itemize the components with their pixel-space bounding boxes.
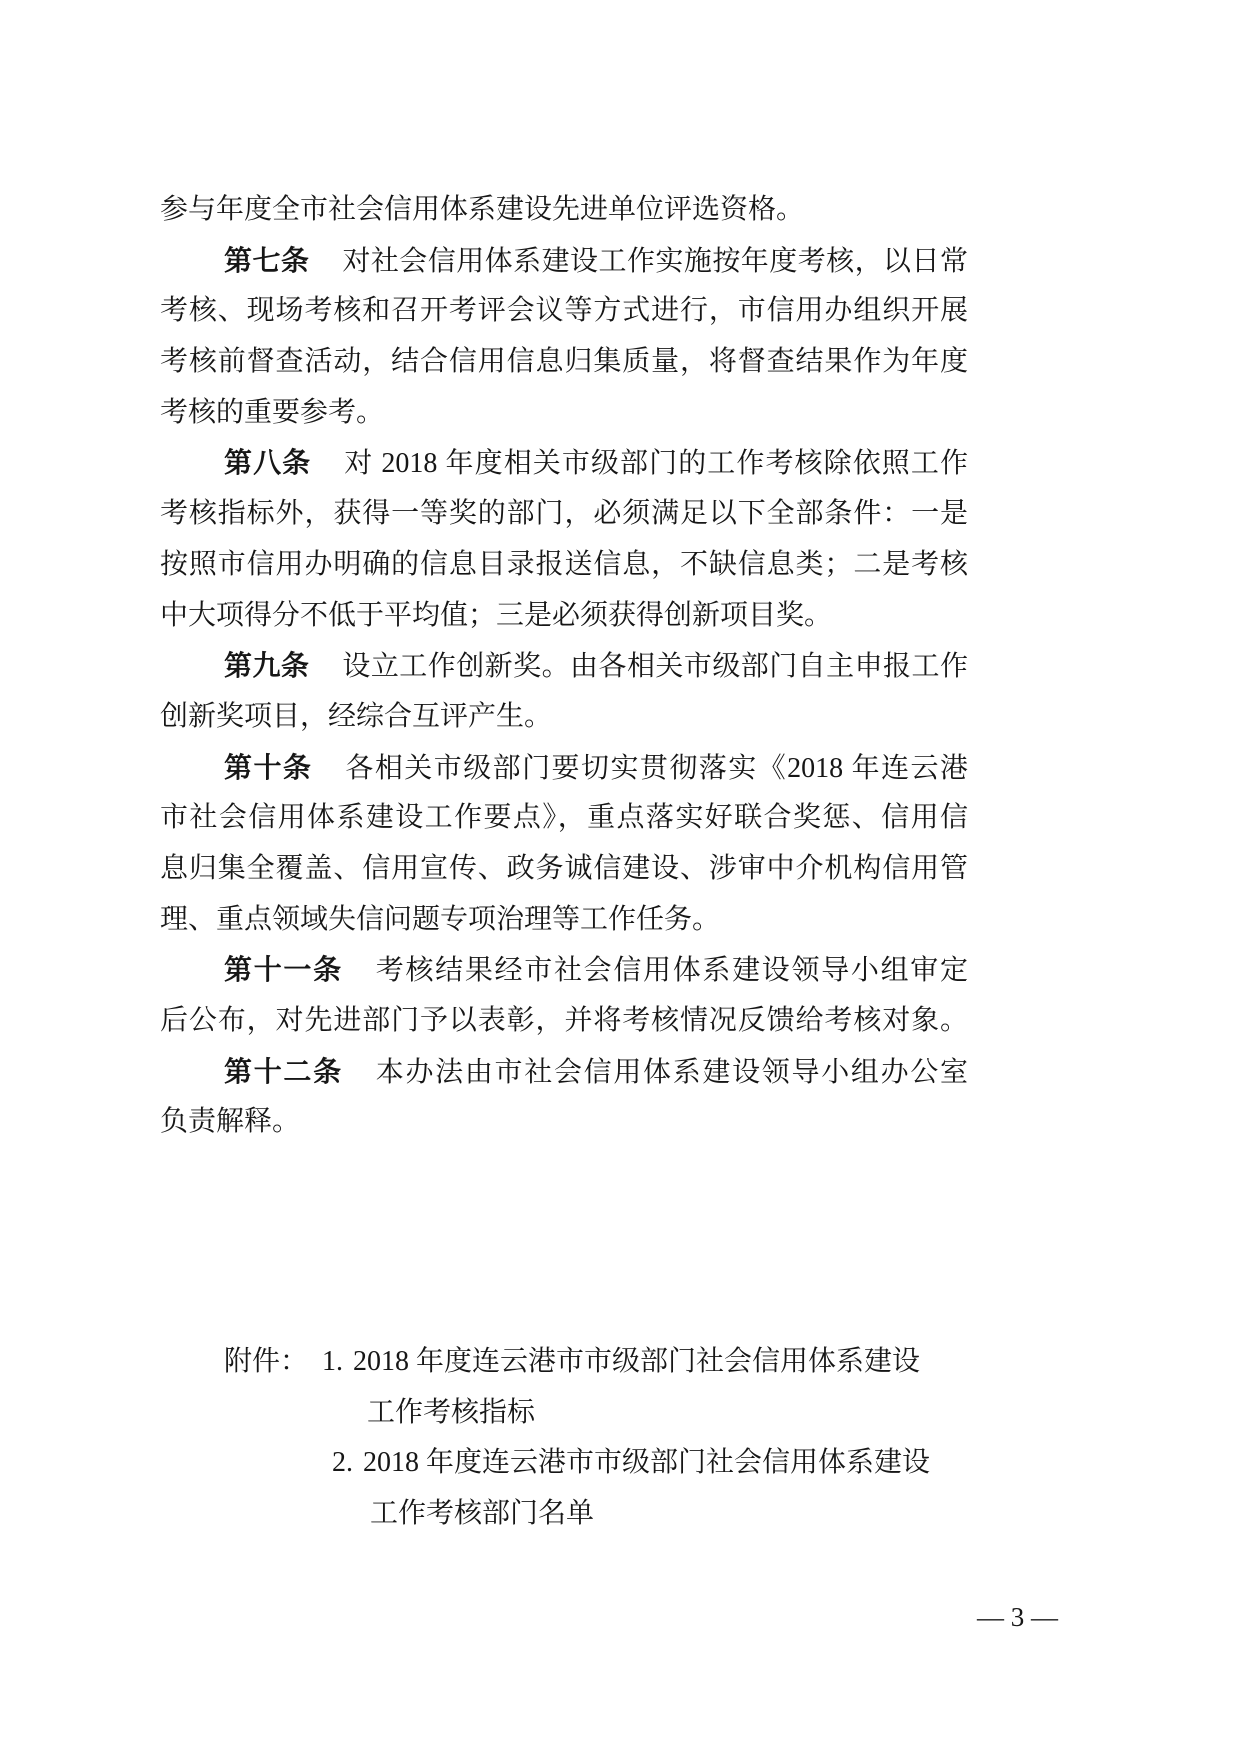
document-line: 息归集全覆盖、信用宣传、政务诚信建设、涉审中介机构信用管 [160,844,968,895]
line-text: 考核指标外，获得一等奖的部门，必须满足以下全部条件：一是 [160,498,968,529]
document-line: 考核、现场考核和召开考评会议等方式进行，市信用办组织开展 [160,286,968,337]
document-page: 参与年度全市社会信用体系建设先进单位评选资格。 第七条对社会信用体系建设工作实施… [0,0,1241,1754]
attachment-item-text: 工作考核部门名单 [370,1498,594,1529]
article-label: 第十一条 [224,954,343,985]
line-text: 考核的重要参考。 [160,397,384,428]
document-line: 第八条对 2018 年度相关市级部门的工作考核除依照工作 [160,438,968,489]
attachment-item-text: 2018 年度连云港市市级部门社会信用体系建设 [353,1346,920,1377]
line-text: 理、重点领域失信问题专项治理等工作任务。 [160,904,720,935]
line-text: 市社会信用体系建设工作要点》，重点落实好联合奖惩、信用信 [160,802,968,833]
document-line: 第十二条本办法由市社会信用体系建设领导小组办公室 [160,1047,968,1098]
document-line: 参与年度全市社会信用体系建设先进单位评选资格。 [160,185,968,236]
document-line: 考核指标外，获得一等奖的部门，必须满足以下全部条件：一是 [160,489,968,540]
document-line: 后公布，对先进部门予以表彰，并将考核情况反馈给考核对象。 [160,996,968,1047]
document-line: 创新奖项目，经综合互评产生。 [160,692,968,743]
page-number: — 3 — [955,1597,1080,1637]
line-text: 各相关市级部门要切实贯彻落实《2018 年连云港 [345,753,968,784]
line-text: 设立工作创新奖。由各相关市级部门自主申报工作 [342,651,968,682]
attachment-item-number: 1. [322,1346,343,1377]
attachment-item-number: 2. [332,1447,353,1478]
attachment-line: 附件：1.2018 年度连云港市市级部门社会信用体系建设 [160,1337,968,1388]
line-text: 考核前督查活动，结合信用信息归集质量，将督查结果作为年度 [160,346,968,377]
line-text: 按照市信用办明确的信息目录报送信息，不缺信息类；二是考核 [160,549,968,580]
document-line: 考核的重要参考。 [160,388,968,439]
line-text: 创新奖项目，经综合互评产生。 [160,701,552,732]
attachment-item-text: 工作考核指标 [367,1397,535,1428]
attachment-item-text: 2018 年度连云港市市级部门社会信用体系建设 [363,1447,930,1478]
attachments-block: 附件：1.2018 年度连云港市市级部门社会信用体系建设 工作考核指标 2.20… [160,1337,968,1540]
article-label: 第七条 [224,245,309,276]
attachment-line: 工作考核部门名单 [160,1489,968,1540]
line-text: 息归集全覆盖、信用宣传、政务诚信建设、涉审中介机构信用管 [160,853,968,884]
line-text: 对 2018 年度相关市级部门的工作考核除依照工作 [344,448,968,479]
document-line: 市社会信用体系建设工作要点》，重点落实好联合奖惩、信用信 [160,793,968,844]
line-text: 考核、现场考核和召开考评会议等方式进行，市信用办组织开展 [160,295,968,326]
line-text: 负责解释。 [160,1106,300,1137]
attachment-line: 2.2018 年度连云港市市级部门社会信用体系建设 [160,1438,968,1489]
document-line: 第十条各相关市级部门要切实贯彻落实《2018 年连云港 [160,743,968,794]
document-line: 第七条对社会信用体系建设工作实施按年度考核，以日常 [160,236,968,287]
document-line: 考核前督查活动，结合信用信息归集质量，将督查结果作为年度 [160,337,968,388]
line-text: 中大项得分不低于平均值；三是必须获得创新项目奖。 [160,600,832,631]
line-text: 参与年度全市社会信用体系建设先进单位评选资格。 [160,194,804,225]
line-text: 对社会信用体系建设工作实施按年度考核，以日常 [342,246,968,277]
attachment-prefix: 附件： [224,1346,308,1377]
line-text: 考核结果经市社会信用体系建设领导小组审定 [376,955,968,986]
document-line: 第九条设立工作创新奖。由各相关市级部门自主申报工作 [160,641,968,692]
document-line: 第十一条考核结果经市社会信用体系建设领导小组审定 [160,945,968,996]
document-body: 参与年度全市社会信用体系建设先进单位评选资格。 第七条对社会信用体系建设工作实施… [160,185,968,1148]
article-label: 第十条 [224,752,312,783]
line-text: 本办法由市社会信用体系建设领导小组办公室 [376,1057,968,1088]
document-line: 负责解释。 [160,1097,968,1148]
attachment-line: 工作考核指标 [160,1388,968,1439]
document-line: 按照市信用办明确的信息目录报送信息，不缺信息类；二是考核 [160,540,968,591]
article-label: 第九条 [224,650,309,681]
document-line: 中大项得分不低于平均值；三是必须获得创新项目奖。 [160,591,968,642]
line-text: 后公布，对先进部门予以表彰，并将考核情况反馈给考核对象。 [160,1005,968,1036]
article-label: 第八条 [224,447,311,478]
article-label: 第十二条 [224,1056,343,1087]
document-line: 理、重点领域失信问题专项治理等工作任务。 [160,895,968,946]
